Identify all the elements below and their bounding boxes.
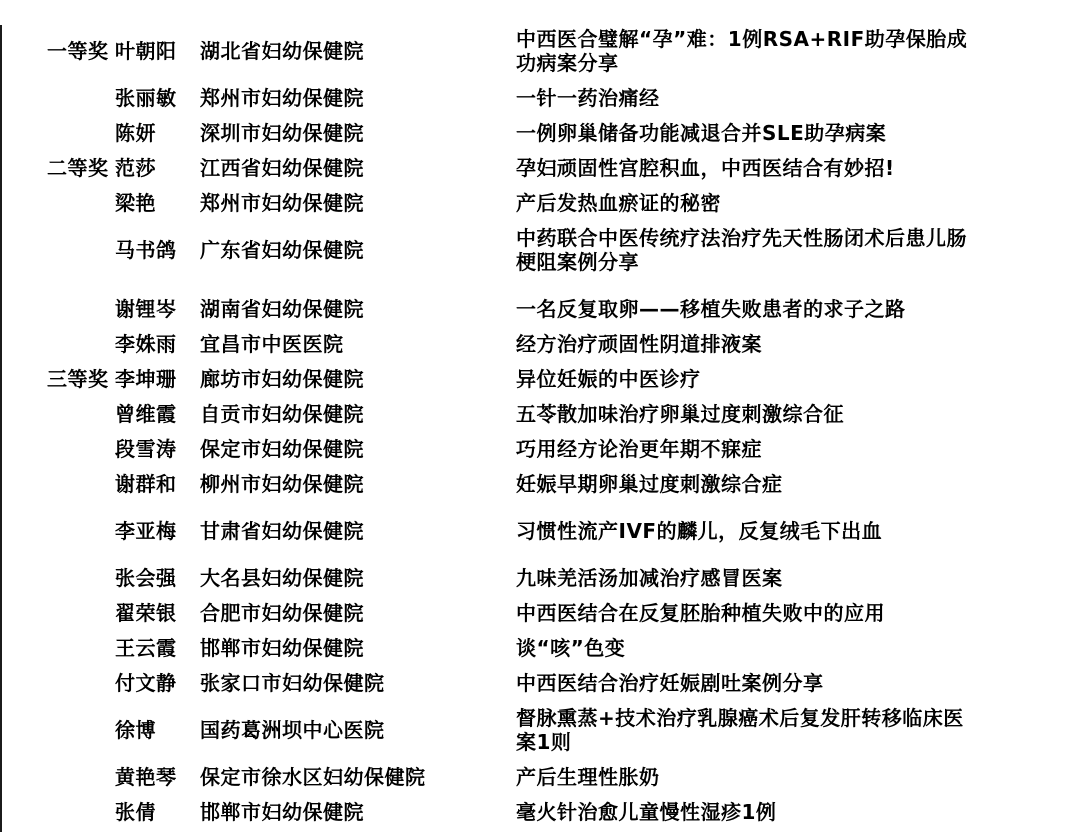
org-cell: 自贡市妇幼保健院: [200, 402, 516, 426]
table-row: 付文静张家口市妇幼保健院中西医结合治疗妊娠剧吐案例分享: [47, 665, 1068, 700]
table-row: 李姝雨宜昌市中医医院经方治疗顽固性阴道排液案: [47, 326, 1068, 361]
name-cell: 李亚梅: [115, 519, 200, 543]
title-cell: 中西医结合在反复胚胎种植失败中的应用: [516, 601, 968, 625]
name-cell: 梁艳: [115, 191, 200, 215]
table-row: 张丽敏郑州市妇幼保健院一针一药治痛经: [47, 80, 1068, 115]
title-cell: 九味羌活汤加减治疗感冒医案: [516, 566, 968, 590]
org-cell: 合肥市妇幼保健院: [200, 601, 516, 625]
title-cell: 督脉熏蒸+技术治疗乳腺癌术后复发肝转移临床医案1则: [516, 706, 968, 754]
title-cell: 产后发热血瘀证的秘密: [516, 191, 968, 215]
name-cell: 翟荣银: [115, 601, 200, 625]
org-cell: 邯郸市妇幼保健院: [200, 636, 516, 660]
name-cell: 曾维霞: [115, 402, 200, 426]
title-cell: 习惯性流产IVF的麟儿，反复绒毛下出血: [516, 519, 968, 543]
left-border-line: [0, 25, 2, 832]
title-cell: 中西医结合治疗妊娠剧吐案例分享: [516, 671, 968, 695]
name-cell: 段雪涛: [115, 437, 200, 461]
org-cell: 保定市妇幼保健院: [200, 437, 516, 461]
org-cell: 深圳市妇幼保健院: [200, 121, 516, 145]
table-row: 翟荣银合肥市妇幼保健院中西医结合在反复胚胎种植失败中的应用: [47, 595, 1068, 630]
org-cell: 广东省妇幼保健院: [200, 238, 516, 262]
title-cell: 产后生理性胀奶: [516, 765, 968, 789]
table-row: 段雪涛保定市妇幼保健院巧用经方论治更年期不寐症: [47, 431, 1068, 466]
org-cell: 保定市徐水区妇幼保健院: [200, 765, 516, 789]
org-cell: 邯郸市妇幼保健院: [200, 800, 516, 824]
name-cell: 张丽敏: [115, 86, 200, 110]
org-cell: 郑州市妇幼保健院: [200, 191, 516, 215]
name-cell: 李姝雨: [115, 332, 200, 356]
table-row: 黄艳琴保定市徐水区妇幼保健院产后生理性胀奶: [47, 759, 1068, 794]
title-cell: 孕妇顽固性宫腔积血，中西医结合有妙招!: [516, 156, 968, 180]
name-cell: 王云霞: [115, 636, 200, 660]
name-cell: 黄艳琴: [115, 765, 200, 789]
title-cell: 经方治疗顽固性阴道排液案: [516, 332, 968, 356]
title-cell: 中西医合璧解“孕”难：1例RSA+RIF助孕保胎成功病案分享: [516, 27, 968, 75]
table-row: 陈妍深圳市妇幼保健院一例卵巢储备功能减退合并SLE助孕病案: [47, 115, 1068, 150]
title-cell: 中药联合中医传统疗法治疗先天性肠闭术后患儿肠梗阻案例分享: [516, 226, 968, 274]
table-row: 张倩邯郸市妇幼保健院毫火针治愈儿童慢性湿疹1例: [47, 794, 1068, 829]
table-row: 梁艳郑州市妇幼保健院产后发热血瘀证的秘密: [47, 185, 1068, 220]
award-cell: 三等奖: [47, 367, 115, 391]
title-cell: 谈“咳”色变: [516, 636, 968, 660]
org-cell: 江西省妇幼保健院: [200, 156, 516, 180]
name-cell: 谢锂岑: [115, 297, 200, 321]
table-row: 李亚梅甘肃省妇幼保健院习惯性流产IVF的麟儿，反复绒毛下出血: [47, 513, 1068, 548]
award-table: 一等奖叶朝阳湖北省妇幼保健院中西医合璧解“孕”难：1例RSA+RIF助孕保胎成功…: [47, 21, 1068, 829]
name-cell: 马书鸽: [115, 238, 200, 262]
table-row: 曾维霞自贡市妇幼保健院五苓散加味治疗卵巢过度刺激综合征: [47, 396, 1068, 431]
name-cell: 范莎: [115, 156, 200, 180]
table-row: 二等奖范莎江西省妇幼保健院孕妇顽固性宫腔积血，中西医结合有妙招!: [47, 150, 1068, 185]
org-cell: 张家口市妇幼保健院: [200, 671, 516, 695]
org-cell: 大名县妇幼保健院: [200, 566, 516, 590]
name-cell: 张会强: [115, 566, 200, 590]
org-cell: 湖南省妇幼保健院: [200, 297, 516, 321]
name-cell: 谢群和: [115, 472, 200, 496]
org-cell: 柳州市妇幼保健院: [200, 472, 516, 496]
title-cell: 毫火针治愈儿童慢性湿疹1例: [516, 800, 968, 824]
table-row: 三等奖李坤珊廊坊市妇幼保健院异位妊娠的中医诊疗: [47, 361, 1068, 396]
org-cell: 宜昌市中医医院: [200, 332, 516, 356]
name-cell: 陈妍: [115, 121, 200, 145]
award-cell: 一等奖: [47, 39, 115, 63]
award-list-page: 一等奖叶朝阳湖北省妇幼保健院中西医合璧解“孕”难：1例RSA+RIF助孕保胎成功…: [0, 0, 1080, 832]
table-row: 一等奖叶朝阳湖北省妇幼保健院中西医合璧解“孕”难：1例RSA+RIF助孕保胎成功…: [47, 21, 1068, 80]
table-row: 谢锂岑湖南省妇幼保健院一名反复取卵——移植失败患者的求子之路: [47, 291, 1068, 326]
table-row: 谢群和柳州市妇幼保健院妊娠早期卵巢过度刺激综合症: [47, 466, 1068, 501]
title-cell: 一名反复取卵——移植失败患者的求子之路: [516, 297, 968, 321]
name-cell: 徐博: [115, 718, 200, 742]
name-cell: 李坤珊: [115, 367, 200, 391]
org-cell: 国药葛洲坝中心医院: [200, 718, 516, 742]
name-cell: 付文静: [115, 671, 200, 695]
org-cell: 郑州市妇幼保健院: [200, 86, 516, 110]
name-cell: 张倩: [115, 800, 200, 824]
org-cell: 廊坊市妇幼保健院: [200, 367, 516, 391]
table-row: 王云霞邯郸市妇幼保健院谈“咳”色变: [47, 630, 1068, 665]
title-cell: 异位妊娠的中医诊疗: [516, 367, 968, 391]
table-row: 张会强大名县妇幼保健院九味羌活汤加减治疗感冒医案: [47, 560, 1068, 595]
table-row: 徐博国药葛洲坝中心医院督脉熏蒸+技术治疗乳腺癌术后复发肝转移临床医案1则: [47, 700, 1068, 759]
title-cell: 五苓散加味治疗卵巢过度刺激综合征: [516, 402, 968, 426]
title-cell: 一例卵巢储备功能减退合并SLE助孕病案: [516, 121, 968, 145]
title-cell: 妊娠早期卵巢过度刺激综合症: [516, 472, 968, 496]
name-cell: 叶朝阳: [115, 39, 200, 63]
award-cell: 二等奖: [47, 156, 115, 180]
org-cell: 湖北省妇幼保健院: [200, 39, 516, 63]
table-row: 马书鸽广东省妇幼保健院中药联合中医传统疗法治疗先天性肠闭术后患儿肠梗阻案例分享: [47, 220, 1068, 279]
title-cell: 巧用经方论治更年期不寐症: [516, 437, 968, 461]
title-cell: 一针一药治痛经: [516, 86, 968, 110]
org-cell: 甘肃省妇幼保健院: [200, 519, 516, 543]
